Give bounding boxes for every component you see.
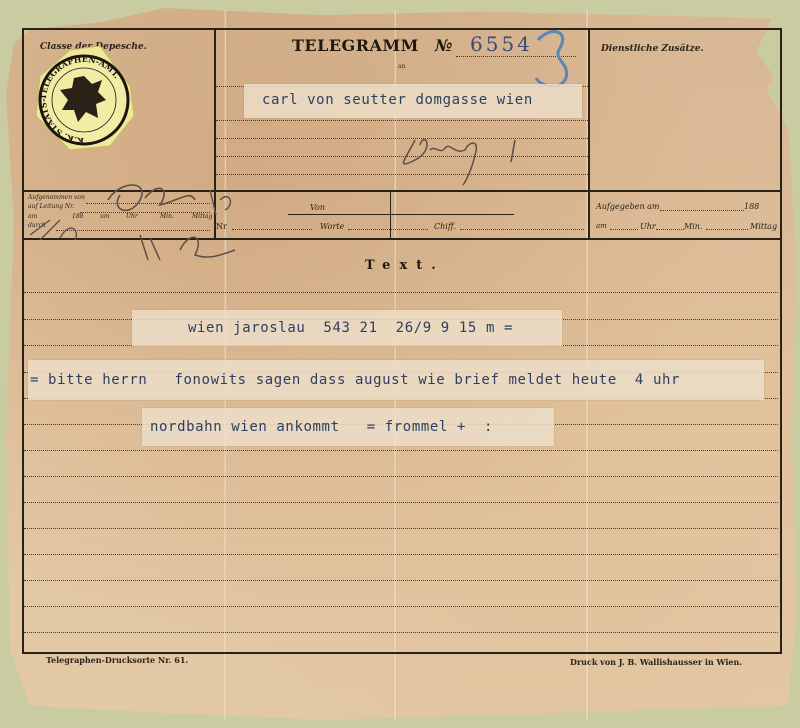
- nr-field[interactable]: [232, 229, 312, 230]
- message-line: [24, 450, 778, 451]
- uhr-field-right[interactable]: [656, 229, 684, 230]
- text-heading: Text.: [365, 258, 445, 273]
- message-line-2: = bitte herrn fonowits sagen dass august…: [30, 372, 680, 388]
- worte-label: Worte: [320, 222, 344, 231]
- chiff-field[interactable]: [460, 229, 584, 230]
- worte-field[interactable]: [348, 229, 428, 230]
- message-line: [24, 554, 778, 555]
- message-line-3: nordbahn wien ankommt = frommel + :: [150, 419, 493, 435]
- telegram-number: 6554: [470, 32, 533, 56]
- message-line: [24, 606, 778, 607]
- year-label-right: 188: [744, 202, 759, 211]
- aufgegeben-label: Aufgegeben am: [596, 202, 660, 211]
- aufgegeben-field[interactable]: [660, 210, 744, 211]
- handwriting-left: [20, 160, 260, 280]
- min-label-right: Min.: [684, 222, 702, 231]
- message-line: [24, 502, 778, 503]
- message-line: [24, 476, 778, 477]
- address-text: carl von seutter domgasse wien: [262, 92, 533, 108]
- nr-label: Nr: [216, 222, 227, 231]
- chiff-label: Chiff.: [434, 222, 456, 231]
- message-line: [24, 528, 778, 529]
- printer-credit: Druck von J. B. Wallishausser in Wien.: [570, 657, 742, 667]
- uhr-label-right: Uhr: [640, 222, 656, 231]
- message-line-1: wien jaroslau 543 21 26/9 9 15 m =: [188, 320, 513, 336]
- dienstliche-label: Dienstliche Zusätze.: [601, 44, 704, 54]
- message-line: [24, 632, 778, 633]
- von-label: Von: [310, 203, 325, 212]
- von-field[interactable]: [288, 214, 514, 215]
- message-line: [24, 292, 778, 293]
- form-number: Telegraphen-Drucksorte Nr. 61.: [46, 655, 188, 665]
- am-label-right: am: [596, 222, 607, 230]
- telegram-title: TELEGRAMM: [292, 36, 419, 55]
- message-line: [24, 580, 778, 581]
- min-field-right[interactable]: [706, 229, 748, 230]
- seal-stamp: K.K. STAATS-TELEGRAPHEN-AMT.: [30, 46, 138, 154]
- mittag-label-right: Mittag: [750, 222, 777, 231]
- am-field-right[interactable]: [610, 229, 638, 230]
- right-column-divider: [588, 28, 590, 240]
- number-symbol: №: [435, 36, 452, 55]
- an-label: an: [398, 63, 405, 70]
- handwritten-note: [395, 120, 535, 190]
